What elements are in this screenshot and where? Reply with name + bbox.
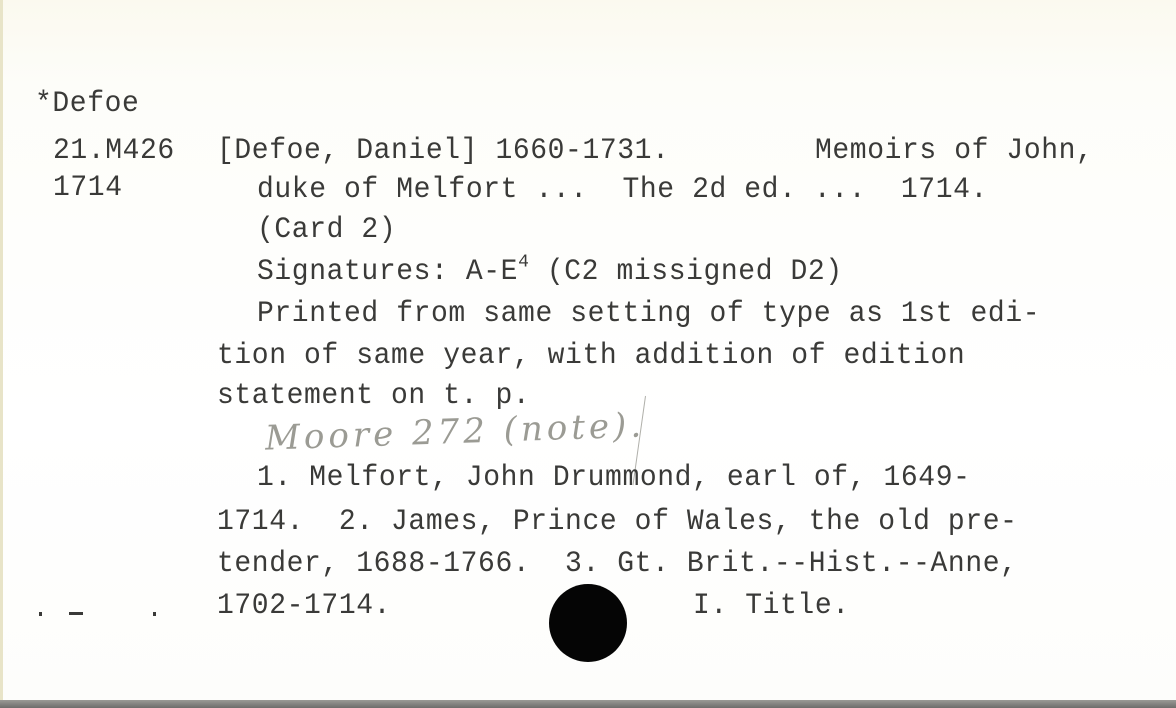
punch-hole [549,584,627,662]
tracing-line-4: 1702-1714. [217,590,391,624]
tracing-line-1: 1. Melfort, John Drummond, earl of, 1649… [257,462,971,496]
call-number-year: 1714 [53,172,123,206]
title-tracing: I. Title. [693,590,850,624]
note-line-2: tion of same year, with addition of edit… [217,340,965,374]
catalog-card: *Defoe 21.M426 1714 [Defoe, Daniel] 1660… [0,0,1176,700]
signatures-value: A-E [466,256,518,289]
signatures-label: Signatures: [257,256,448,289]
title-line-2: duke of Melfort ... The 2d ed. ... 1714. [257,174,988,208]
card-bottom-edge [0,700,1176,708]
card-number: (Card 2) [257,214,396,248]
signatures-superscript: 4 [518,252,529,273]
stray-mark [69,612,83,615]
stray-mark [39,612,42,616]
title-start: Memoirs of John, [815,135,1093,169]
heading: *Defoe [35,88,139,122]
signatures-note: (C2 missigned D2) [547,256,843,289]
call-number-class: 21.M426 [53,135,175,169]
note-line-3: statement on t. p. [217,380,530,414]
signatures-line: Signatures: A-E4 (C2 missigned D2) [257,256,843,292]
note-line-1: Printed from same setting of type as 1st… [257,298,1040,332]
tracing-line-3: tender, 1688-1766. 3. Gt. Brit.--Hist.--… [217,548,1018,582]
stray-mark [153,612,156,616]
main-entry: [Defoe, Daniel] 1660-1731. [217,135,669,169]
tracing-line-2: 1714. 2. James, Prince of Wales, the old… [217,506,1018,540]
